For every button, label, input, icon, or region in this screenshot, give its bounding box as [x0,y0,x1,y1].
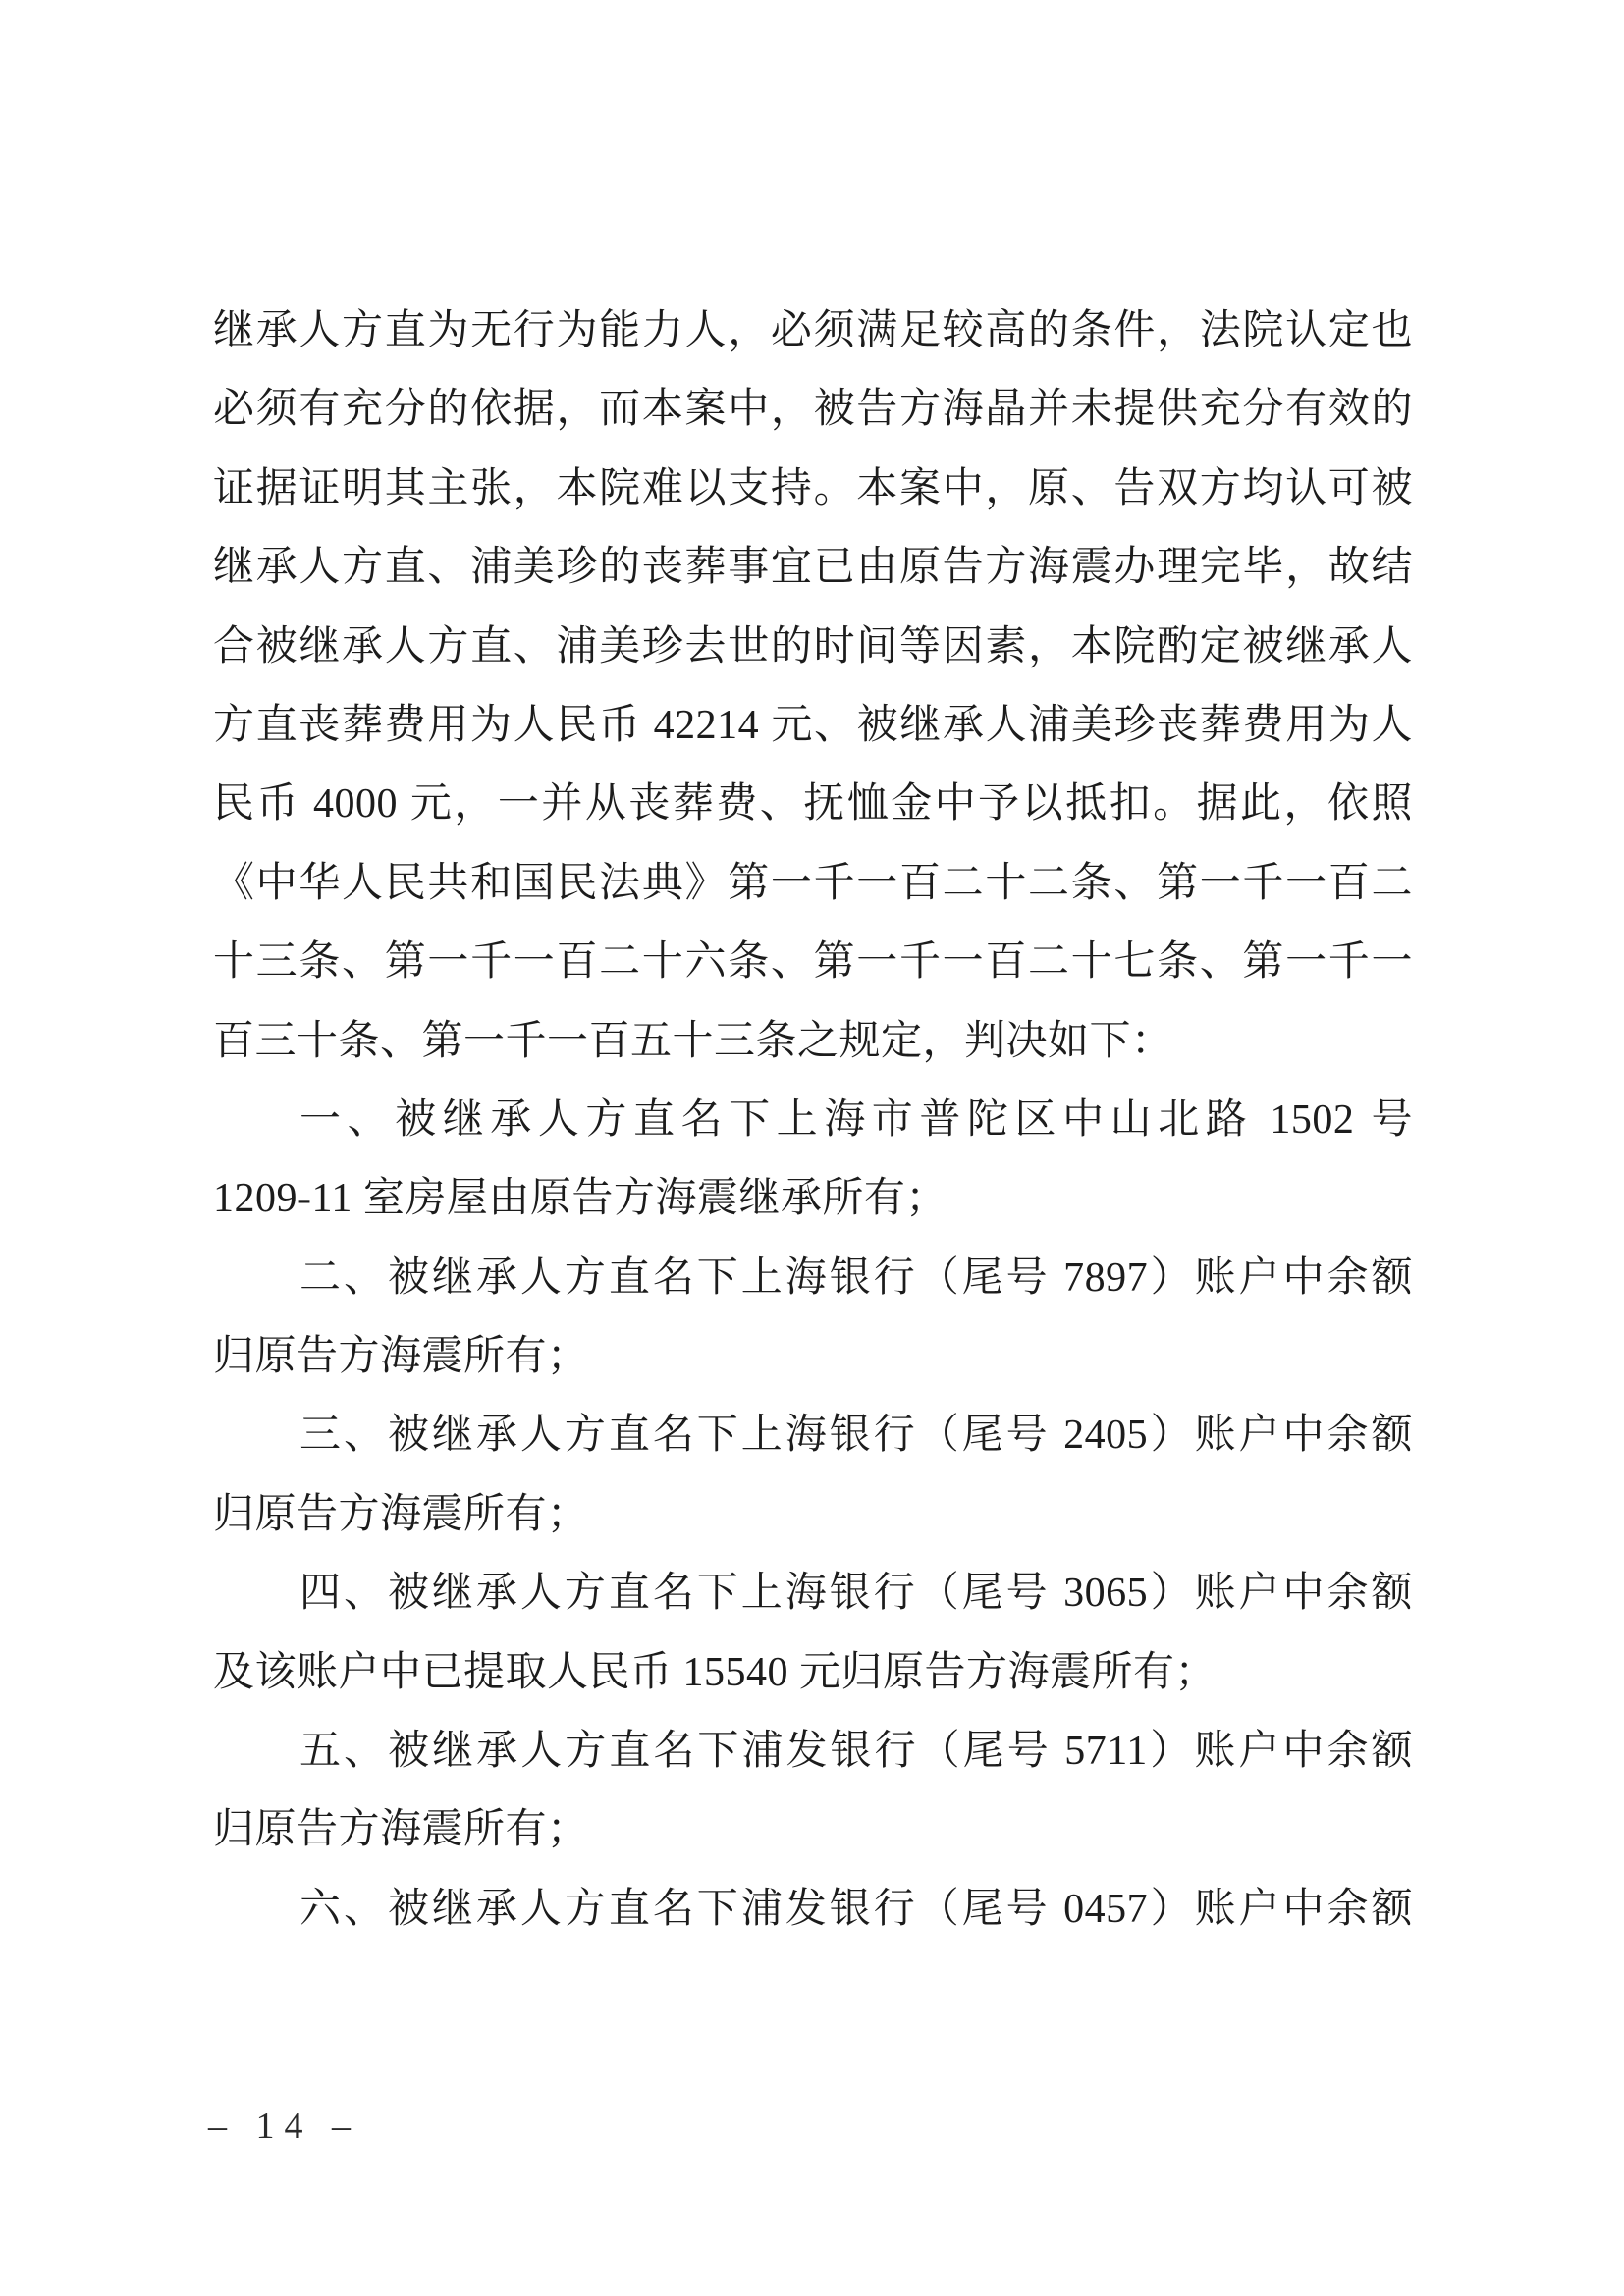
judgment-text: 继承人方直为无行为能力人，必须满足较高的条件，法院认定也 必须有充分的依据，而本… [213,292,1413,1949]
text-line: 1209-11 室房屋由原告方海震继承所有； [213,1159,1413,1238]
text-line-item-6: 六、被继承人方直名下浦发银行（尾号 0457）账户中余额 [213,1870,1413,1949]
text-line: 十三条、第一千一百二十六条、第一千一百二十七条、第一千一 [213,923,1413,1001]
text-line: 归原告方海震所有； [213,1790,1413,1869]
text-line: 继承人方直、浦美珍的丧葬事宜已由原告方海震办理完毕，故结 [213,528,1413,607]
text-line-item-4: 四、被继承人方直名下上海银行（尾号 3065）账户中余额 [213,1554,1413,1632]
text-line: 归原告方海震所有； [213,1317,1413,1396]
text-line: 方直丧葬费用为人民币 42214 元、被继承人浦美珍丧葬费用为人 [213,686,1413,765]
text-line: 及该账户中已提取人民币 15540 元归原告方海震所有； [213,1633,1413,1712]
text-line: 百三十条、第一千一百五十三条之规定，判决如下： [213,1002,1413,1081]
text-line: 证据证明其主张，本院难以支持。本案中，原、告双方均认可被 [213,450,1413,528]
text-line-item-3: 三、被继承人方直名下上海银行（尾号 2405）账户中余额 [213,1396,1413,1474]
text-line-item-1: 一、被继承人方直名下上海市普陀区中山北路 1502 号 [213,1081,1413,1159]
document-page: 继承人方直为无行为能力人，必须满足较高的条件，法院认定也 必须有充分的依据，而本… [0,0,1624,2296]
text-line: 《中华人民共和国民法典》第一千一百二十二条、第一千一百二 [213,844,1413,923]
text-line: 合被继承人方直、浦美珍去世的时间等因素，本院酌定被继承人 [213,608,1413,686]
text-line-item-2: 二、被继承人方直名下上海银行（尾号 7897）账户中余额 [213,1239,1413,1317]
text-line: 继承人方直为无行为能力人，必须满足较高的条件，法院认定也 [213,292,1413,370]
text-line: 民币 4000 元，一并从丧葬费、抚恤金中予以抵扣。据此，依照 [213,765,1413,843]
page-number: – 14 – [208,2103,360,2150]
text-line: 归原告方海震所有； [213,1475,1413,1554]
text-line: 必须有充分的依据，而本案中，被告方海晶并未提供充分有效的 [213,370,1413,449]
text-line-item-5: 五、被继承人方直名下浦发银行（尾号 5711）账户中余额 [213,1712,1413,1790]
